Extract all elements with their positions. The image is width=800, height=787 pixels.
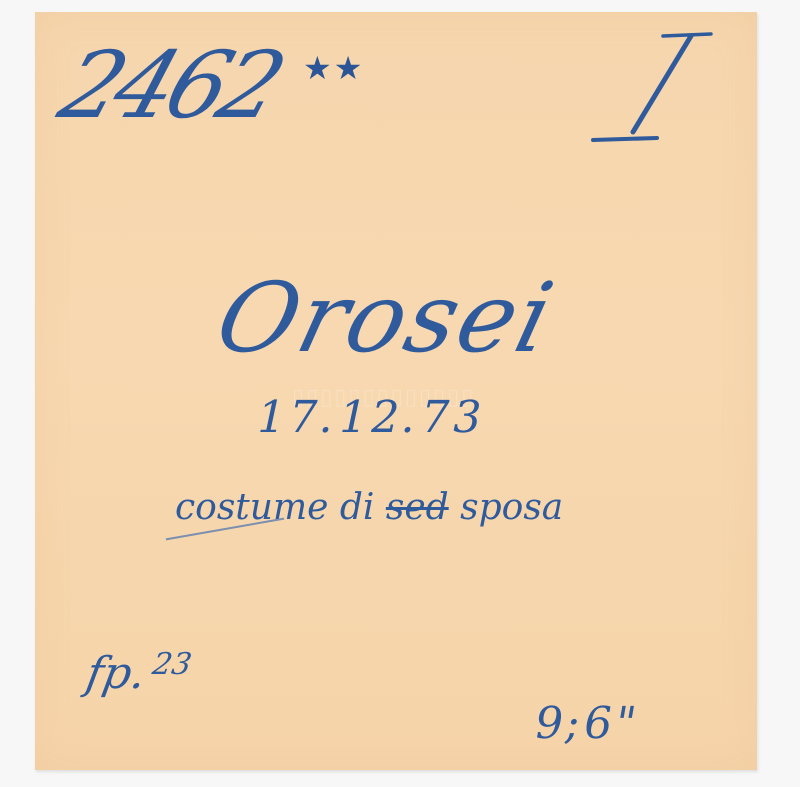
inventory-number: 2462 bbox=[50, 40, 290, 132]
description: costume di sed sposa bbox=[175, 490, 563, 526]
description-struck-word: sed bbox=[386, 487, 449, 528]
place-name: Orosei bbox=[208, 270, 563, 366]
dimensions: 9;6" bbox=[531, 702, 642, 746]
reference-number: 23 bbox=[150, 647, 194, 682]
volume-numeral: I bbox=[565, 28, 685, 148]
roman-numeral-one-icon bbox=[565, 28, 705, 158]
reference: fp.23 bbox=[83, 650, 194, 696]
description-prefix: costume di bbox=[175, 487, 374, 528]
reference-label: fp. bbox=[82, 648, 149, 699]
description-suffix: sposa bbox=[460, 487, 563, 528]
star-marks-icon: ★★ bbox=[303, 52, 364, 84]
date: 17.12.73 bbox=[252, 396, 489, 440]
index-card: 2462 ★★ I Orosei ▯▯▯▯▯▯▯▯▯▯▯▯▯ 17.12.73 … bbox=[35, 12, 757, 770]
